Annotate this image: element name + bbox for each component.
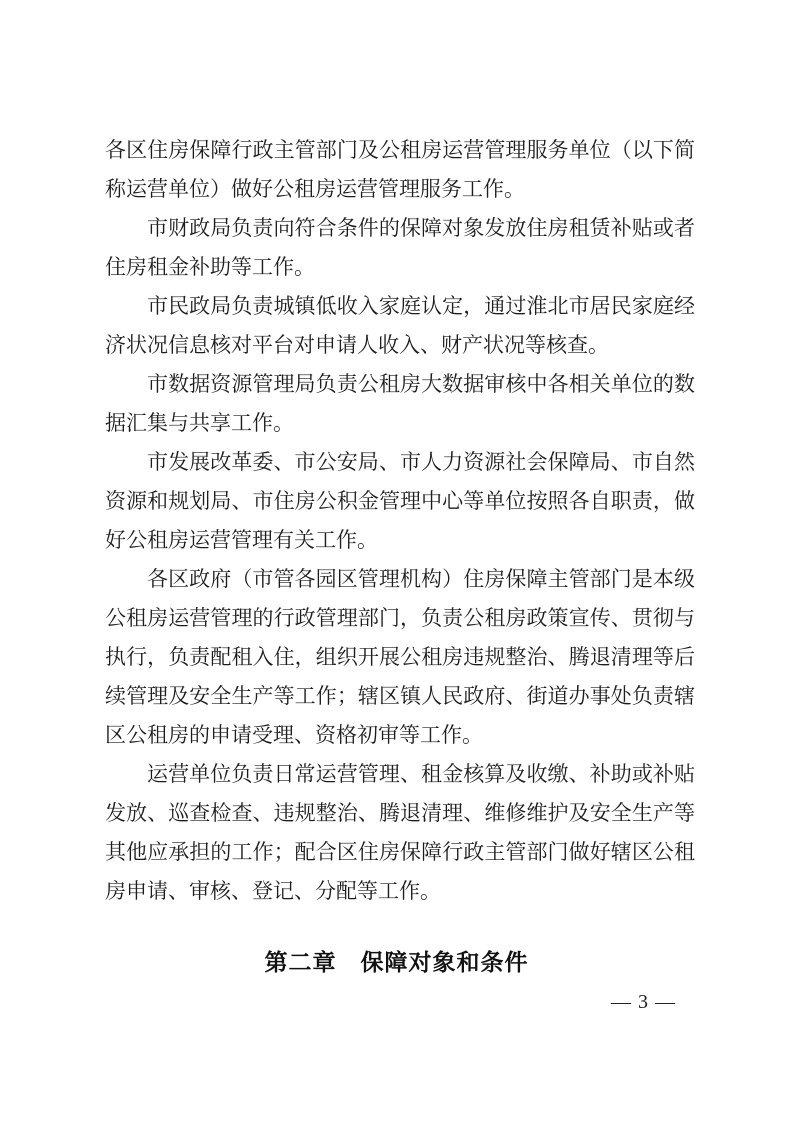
body-paragraph: 市数据资源管理局负责公租房大数据审核中各相关单位的数据汇集与共享工作。 <box>105 365 695 443</box>
chapter-heading: 第二章 保障对象和条件 <box>0 944 793 977</box>
body-paragraph: 市财政局负责向符合条件的保障对象发放住房租赁补贴或者住房租金补助等工作。 <box>105 209 695 287</box>
body-paragraph: 各区住房保障行政主管部门及公租房运营管理服务单位（以下简称运营单位）做好公租房运… <box>105 131 695 209</box>
document-page: 各区住房保障行政主管部门及公租房运营管理服务单位（以下简称运营单位）做好公租房运… <box>0 0 793 1122</box>
page-number: — 3 — <box>611 991 676 1014</box>
document-body: 各区住房保障行政主管部门及公租房运营管理服务单位（以下简称运营单位）做好公租房运… <box>105 131 695 911</box>
body-paragraph: 各区政府（市管各园区管理机构）住房保障主管部门是本级公租房运营管理的行政管理部门… <box>105 560 695 755</box>
body-paragraph: 市发展改革委、市公安局、市人力资源社会保障局、市自然资源和规划局、市住房公积金管… <box>105 443 695 560</box>
body-paragraph: 运营单位负责日常运营管理、租金核算及收缴、补助或补贴发放、巡查检查、违规整治、腾… <box>105 755 695 911</box>
body-paragraph: 市民政局负责城镇低收入家庭认定，通过淮北市居民家庭经济状况信息核对平台对申请人收… <box>105 287 695 365</box>
